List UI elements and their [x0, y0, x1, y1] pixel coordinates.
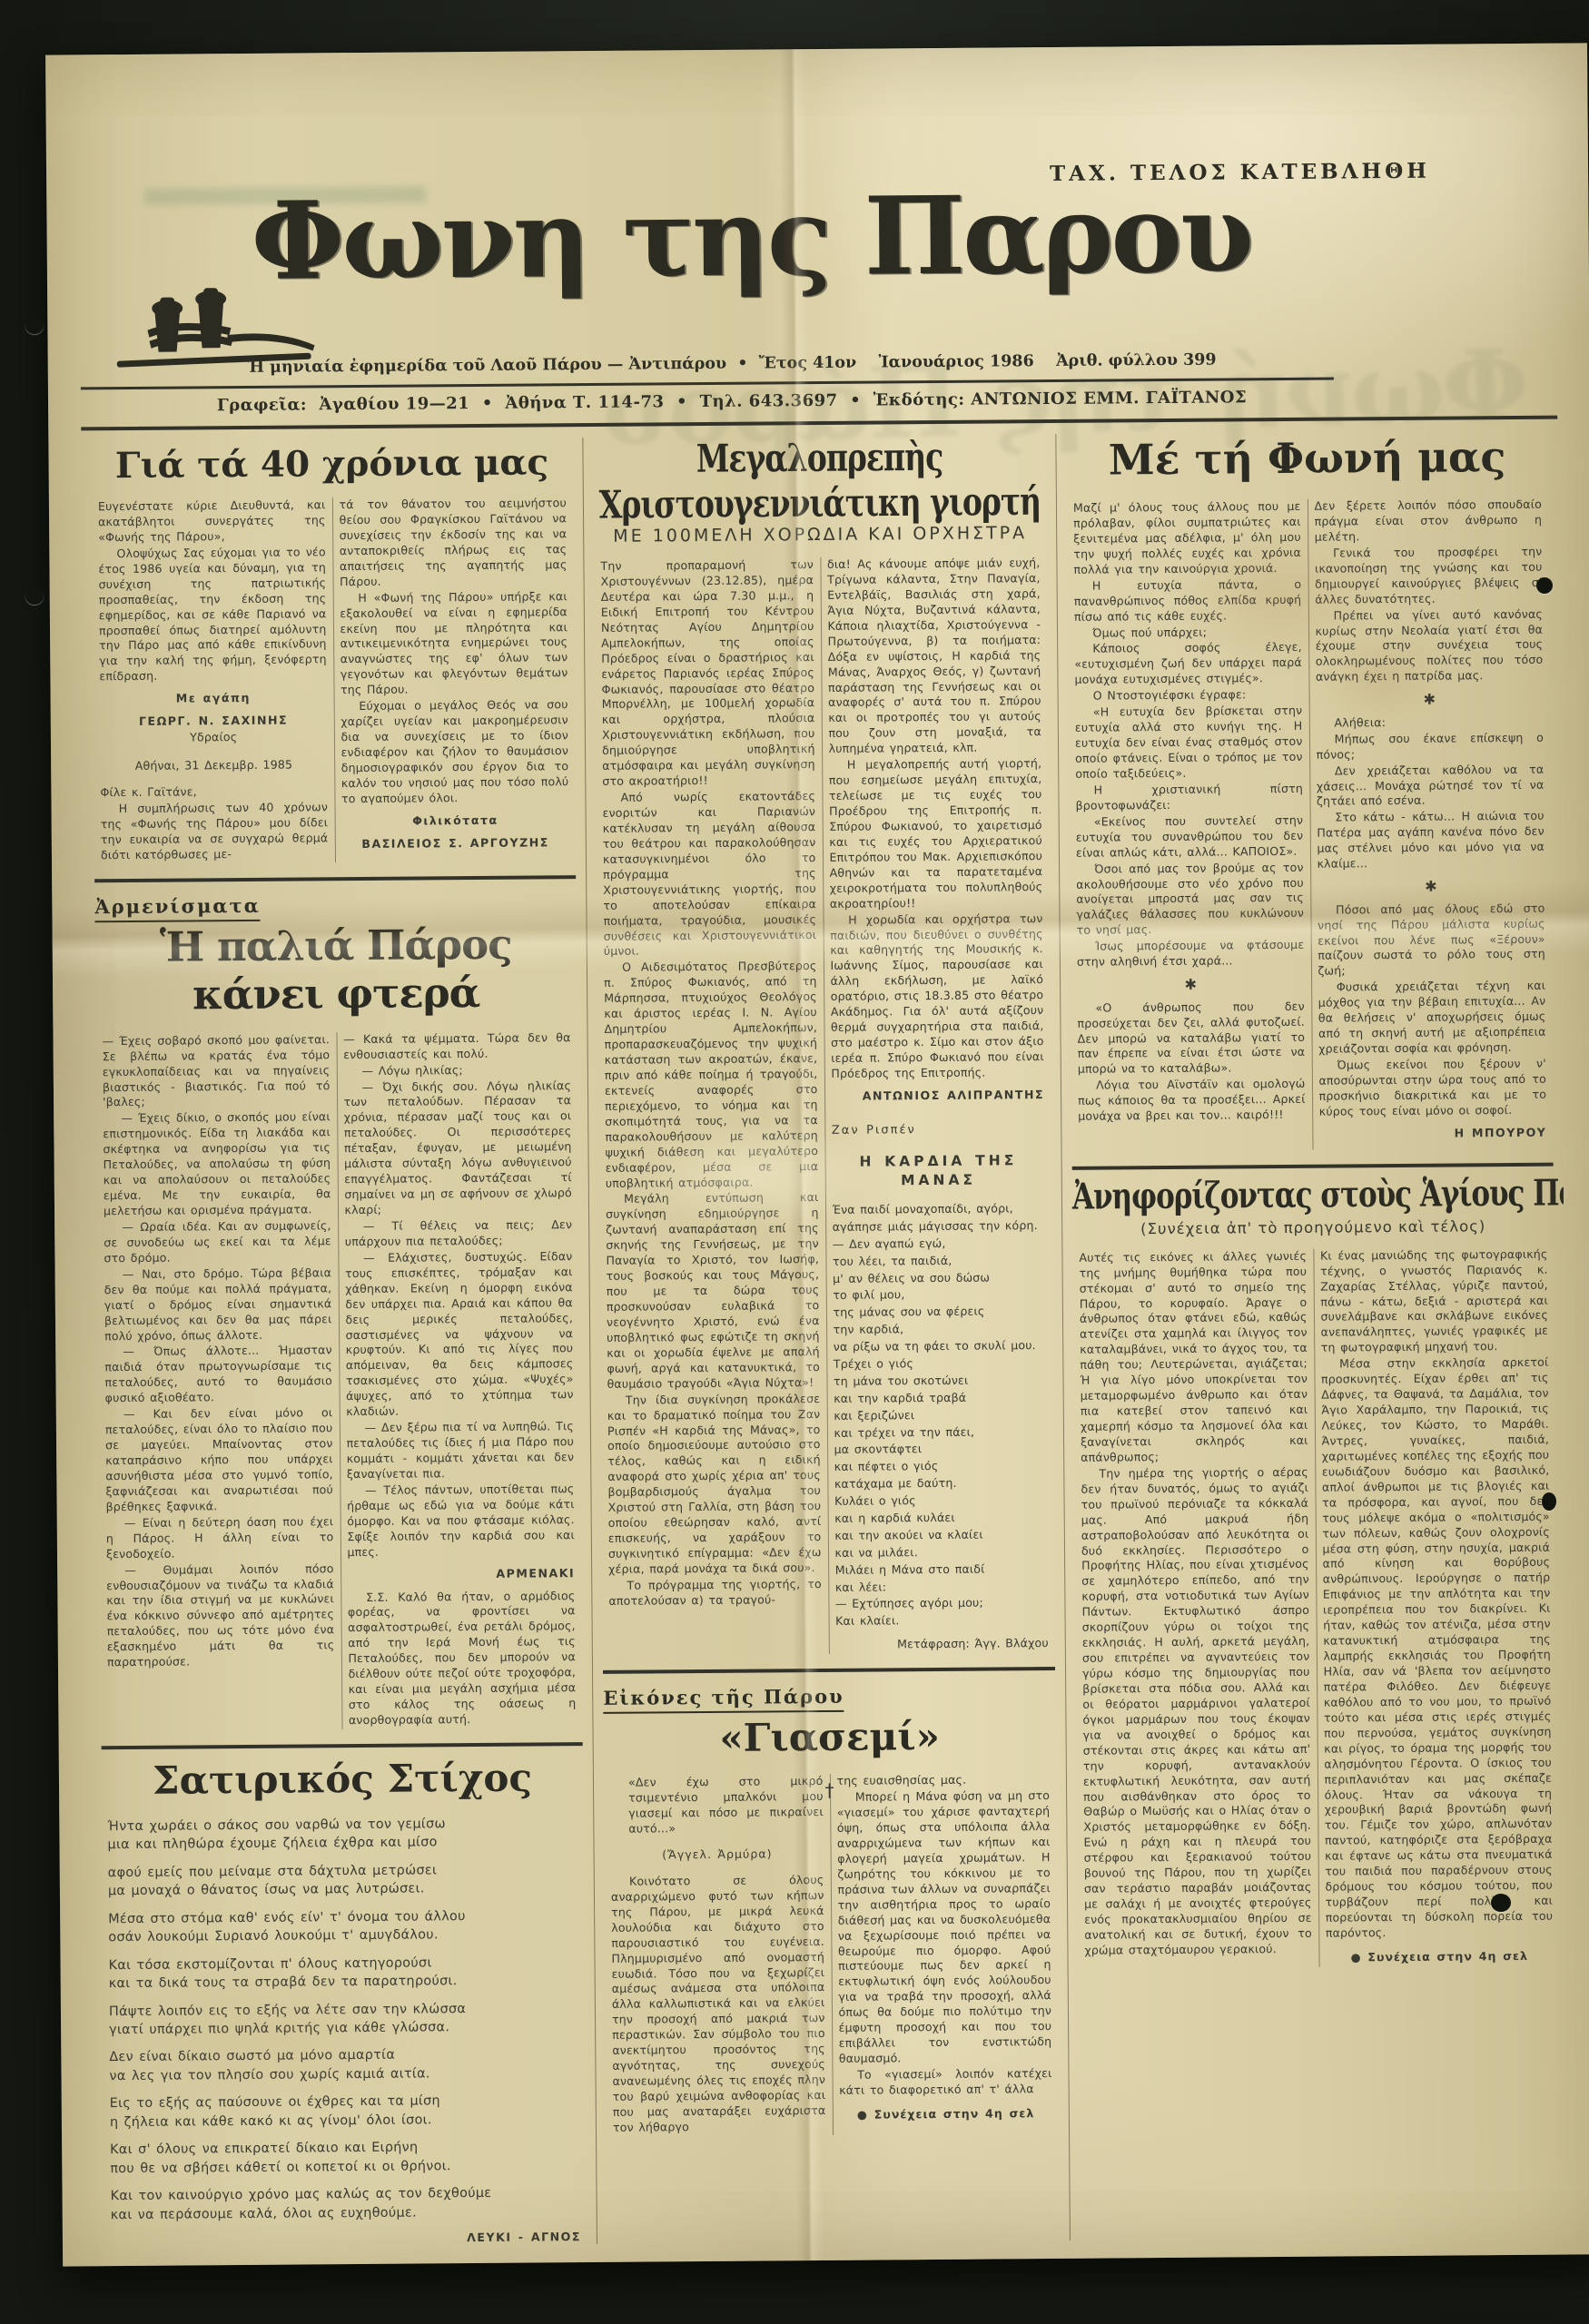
paragraph: Μετάφραση: Άγγ. Βλάχου — [835, 1636, 1049, 1653]
paragraph: της ευαισθησίας μας. — [836, 1772, 1050, 1789]
paragraph: Μέσα στην εκκλησία αρκετοί προσκυνητές. … — [1321, 1355, 1554, 1942]
paragraph: τη μάνα του σκοτώνει — [834, 1372, 1047, 1391]
paragraph: και η καρδιά κυλάει — [834, 1509, 1048, 1528]
paragraph: — Όπως άλλοτε... Ήμασταν παιδιά όταν πρω… — [104, 1344, 332, 1407]
paragraph: τά τον θάνατον του αειμνήστου θείου σου … — [339, 496, 567, 590]
paragraph: Λόγια του Αϊνστάϊν και ομολογώ πως κάποι… — [1078, 1077, 1306, 1125]
paragraph: μ' αν θέλεις να σου δώσω — [833, 1269, 1046, 1288]
paragraph: την καρδιά, — [834, 1320, 1047, 1339]
paragraph: Ήντα χωράει ο σάκος σου ναρθώ να τον γεμ… — [107, 1814, 577, 1855]
paragraph: και λέει: — [835, 1578, 1049, 1597]
paragraph: Η «Φωνή της Πάρου» υπήρξε και εξακολουθε… — [340, 589, 567, 699]
paragraph: Και κλαίει. — [835, 1611, 1049, 1630]
paragraph: και την καρδιά τραβά — [834, 1389, 1047, 1408]
paragraph: «Ο άνθρωπος που δεν προσεύχεται δεν ζει,… — [1077, 999, 1305, 1078]
paragraph: «Δεν έχω στο μικρό τσιμεντένιο μπαλκόνι … — [610, 1774, 824, 1837]
paragraph: ΒΑΣΙΛΕΙΟΣ Σ. ΑΡΓΟΥΖΗΣ — [341, 835, 569, 852]
paragraph: Ένα παιδί μοναχοπαίδι, αγόρι, — [832, 1200, 1045, 1219]
paragraph: «Εκείνος που συντελεί στην ευτυχία του σ… — [1076, 813, 1304, 862]
paragraph: Υδραίος — [100, 729, 328, 746]
subcolumn: δια! Ας κάνουμε απόψε μιάν ευχή, Τρίγωνα… — [821, 556, 1055, 1654]
paragraph: Εύχομαι ο μεγάλος Θεός να σου χαρίζει υγ… — [340, 697, 568, 807]
paragraph: Δεν χρειάζεται καθόλου να τα χάσεις... Μ… — [1317, 762, 1545, 810]
cross-ornament-icon: † — [824, 1779, 834, 1801]
article-body-40-years: Ευγενέστατε κύριε Διευθυντά, και ακατάβλ… — [92, 496, 576, 864]
paragraph: να ρίξω να τη φάει το σκυλί μου. — [834, 1337, 1047, 1356]
subcolumn: της ευαισθησίας μας.Μπορεί η Μάνα φύση ν… — [830, 1772, 1059, 2135]
section-divider — [102, 1742, 583, 1749]
paragraph: Ολοψύχως Σας εύχομαι για το νέο έτος 198… — [98, 545, 327, 684]
newspaper-front-page: Φωνή της Πάρου ΤΑΧ. ΤΕΛΟΣ ΚΑΤΕΒΛΗΘΗ Φωνη… — [45, 43, 1589, 2266]
paragraph: Κι ένας μανιώδης της φωτογραφικής τέχνης… — [1320, 1246, 1548, 1356]
paragraph: Ζαν Ρισπέν — [832, 1121, 1045, 1138]
paragraph: δια! Ας κάνουμε απόψε μιάν ευχή, Τρίγωνα… — [827, 556, 1041, 757]
paper-stain — [1317, 625, 1445, 726]
paragraph: — Κακά τα ψέμματα. Τώρα δεν θα ενθουσιασ… — [343, 1030, 571, 1063]
article-title-satirical-verse: Σατιρικός Στίχος — [102, 1755, 583, 1803]
paragraph: Μπορεί η Μάνα φύση να μη στο «γιασεμί» τ… — [837, 1788, 1052, 2067]
paragraph: — Δεν αγαπώ εγώ, — [833, 1235, 1046, 1254]
paragraph: — Δεν ξέρω πια τί να λυπηθώ. Τις πεταλού… — [346, 1419, 574, 1482]
column-right: Μέ τή Φωνή μας Μαζί μ' όλους τους άλλους… — [1056, 430, 1572, 2240]
paragraph: Στο κάτω - κάτω... Η αιώνια του Πατέρα μ… — [1317, 809, 1545, 872]
paragraph: — Εχτύπησες αγόρι μου; — [835, 1595, 1049, 1614]
subcolumn: Αυτές τις εικόνες κι άλλες γωνιές της μν… — [1072, 1248, 1319, 1968]
paragraph: ΛΕΥΚΙ - ΑΓΝΟΣ — [111, 2230, 581, 2248]
column-middle: Μεγαλοπρεπὴς Χριστουγεννιάτικη γιορτή ΜΕ… — [582, 434, 1071, 2244]
paragraph: Φυσικά χρειάζεται τέχνη και μόχθος για τ… — [1318, 979, 1546, 1058]
paragraph: ● Συνέχεια στην 4η σελ — [839, 2106, 1052, 2123]
paragraph: Κυλάει ο γιός — [834, 1492, 1048, 1511]
paragraph: «Η ευτυχία δεν βρίσκεται στην ευτυχία αλ… — [1075, 704, 1303, 783]
kicker-images-of-paros: Εἰκόνες τῆς Πάρου — [603, 1683, 1055, 1709]
section-divider — [1072, 1162, 1554, 1169]
paragraph: Η ΜΠΟΥΡΟΥ — [1319, 1126, 1547, 1143]
paragraph: Το «γιασεμί» λοιπόν κατέχει κάτι το διαφ… — [839, 2066, 1052, 2099]
article-title-christmas-feast: Μεγαλοπρεπὴς Χριστουγεννιάτικη γιορτή — [593, 443, 1046, 517]
paragraph: Και τον καινούργιο χρόνο μας καλώς ας το… — [110, 2183, 580, 2224]
section-divider — [603, 1667, 1055, 1674]
article-body-jasmine: † «Δεν έχω στο μικρό τσιμεντένιο μπαλκόν… — [604, 1772, 1059, 2137]
paragraph: και την ακούει να κλαίει — [834, 1526, 1048, 1545]
paragraph: — Και δεν είναι μόνο οι πεταλούδες, είνα… — [105, 1405, 333, 1515]
paragraph: Ευγενέστατε κύριε Διευθυντά, και ακατάβλ… — [98, 497, 326, 546]
paragraph: — Τί θέλεις να πεις; Δεν υπάρχουν πια πε… — [345, 1217, 573, 1250]
paragraph: Το πρόγραμμα της γιορτής, το αποτελούσαν… — [608, 1577, 822, 1610]
paragraph: του λέει, τα παιδιά, — [833, 1252, 1046, 1271]
subcolumn: — Κακά τα ψέμματα. Τώρα δεν θα ενθουσιασ… — [337, 1030, 583, 1729]
header-thick-rule — [81, 416, 1557, 431]
paragraph: — Ελάχιστες, δυστυχώς. Είδαν τους επισκέ… — [345, 1249, 574, 1420]
paragraph: Μήπως σου έκανε επίσκεψη ο πόνος; — [1316, 730, 1544, 763]
article-subtitle-continuation: (Συνέχεια ἀπ' τὸ προηγούμενο καὶ τέλος) — [1072, 1216, 1554, 1237]
paragraph: Μιλάει η Μάνα στο παιδί — [835, 1561, 1049, 1580]
paragraph: — Τέλος πάντων, υποτίθεται πως ήρθαμε ως… — [347, 1482, 575, 1561]
article-body-old-paros: — Έχεις σοβαρό σκοπό μου φαίνεται. Σε βλ… — [95, 1030, 582, 1731]
paragraph: — Θυμάμαι λοιπόν πόσο ενθουσιαζόμουν να … — [106, 1561, 334, 1671]
paragraph: ΑΝΤΩΝΙΟΣ ΑΛΙΠΡΑΝΤΗΣ — [831, 1088, 1044, 1105]
paragraph: — Ωραία ιδέα. Και αν συμφωνείς, σε συνοδ… — [104, 1218, 331, 1266]
paragraph: το φιλί μου, — [833, 1285, 1046, 1305]
paragraph: μα σκοντάφτει — [834, 1441, 1048, 1460]
punch-hole — [1542, 1492, 1556, 1511]
paragraph: (Ἄγγελ. Ἀρμύρα) — [611, 1846, 824, 1864]
paragraph: της μάνας σου να φέρεις — [833, 1303, 1046, 1322]
paragraph: Φιλικότατα — [341, 812, 569, 830]
paragraph: — Είναι η δεύτερη όαση που έχει η Πάρος.… — [106, 1514, 334, 1562]
paragraph: και να μιλάει. — [834, 1543, 1048, 1562]
paragraph: Όμως εκείνοι που ξέρουν ν' αποσύρωνται σ… — [1318, 1057, 1546, 1120]
paragraph: Αθήναι, 31 Δεκεμβρ. 1985 — [100, 757, 328, 774]
paragraph: — Λόγω ηλικίας; — [343, 1062, 571, 1079]
article-body-christmas-feast: Την προπαραμονή των Χριστουγέννων (23.12… — [594, 556, 1054, 1656]
paragraph: αφού εμείς που μείναμε στα δάχτυλα μετρώ… — [108, 1860, 578, 1901]
paragraph: Αυτές τις εικόνες κι άλλες γωνιές της μν… — [1079, 1249, 1308, 1466]
paragraph: κατάχαμα με δαύτη. — [834, 1474, 1048, 1493]
paragraph: Τρέχει ο γιός — [834, 1354, 1047, 1374]
paragraph: Φίλε κ. Γαϊτάνε, — [100, 783, 328, 801]
subcolumn: — Έχεις σοβαρό σκοπό μου φαίνεται. Σε βλ… — [95, 1032, 342, 1731]
paragraph: Μέσα στο στόμα καθ' ενός είν' τ' όνομα τ… — [108, 1906, 578, 1947]
paragraph: — Όχι δικής σου. Λόγω ηλικίας των πεταλο… — [343, 1078, 572, 1218]
section-divider — [94, 875, 576, 882]
paragraph: και τρέχει να την πάει, — [834, 1423, 1047, 1443]
masthead-offices-line: Γραφεῖα: Ἀγαθίου 19—21 • Ἀθήνα Τ. 114-73… — [128, 388, 1336, 416]
punch-hole — [25, 588, 44, 605]
paragraph: Και σ' όλους να επικρατεί δίκαιο και Ειρ… — [110, 2137, 580, 2178]
paragraph: ● Συνέχεια στην 4η σελ — [1326, 1949, 1554, 1966]
paragraph: ✱ — [1077, 974, 1305, 995]
paragraph: Η συμπλήρωσις των 40 χρόνων της «Φωνής τ… — [100, 800, 328, 863]
punch-hole — [1536, 577, 1553, 594]
subcolumn: τά τον θάνατον του αειμνήστου θείου σου … — [332, 496, 576, 862]
paragraph: — Έχεις σοβαρό σκοπό μου φαίνεται. Σε βλ… — [102, 1032, 330, 1111]
punch-hole — [25, 318, 44, 334]
article-title-with-our-voice: Μέ τή Φωνή μας — [1066, 432, 1547, 485]
paragraph: Σ.Σ. Καλό θα ήταν, ο αρμόδιος φορέας, να… — [348, 1589, 577, 1728]
subcolumn: Κι ένας μανιώδης της φωτογραφικής τέχνης… — [1314, 1246, 1560, 1966]
paragraph: — Έχεις δίκιο, ο σκοπός μου είναι επιστη… — [103, 1110, 331, 1220]
paragraph: και ξεριζώνει — [834, 1406, 1047, 1425]
paragraph: — Ναι, στο δρόμο. Τώρα βέβαια δεν θα πού… — [104, 1265, 332, 1344]
paragraph: Η μεγαλοπρεπής αυτή γιορτή, που εσημείωσ… — [829, 756, 1043, 911]
paragraph: ΓΕΩΡΓ. Ν. ΣΑΧΙΝΗΣ — [100, 713, 328, 730]
article-title-40-years: Γιά τά 40 χρόνια μας — [91, 441, 572, 487]
masthead-title: Φωνη της Παρου — [251, 181, 1146, 295]
paragraph: Ο Ντοστογιέφσκι έγραφε: — [1075, 687, 1303, 704]
paragraph: ΑΡΜΕΝΑΚΙ — [348, 1566, 576, 1583]
article-body-agioi-pantes: Αυτές τις εικόνες κι άλλες γωνιές της μν… — [1072, 1246, 1559, 1968]
paragraph: Η χριστιανική πίστη βροντοφωνάζει: — [1075, 782, 1303, 814]
article-title-agioi-pantes: Ἀνηφορίζοντας στοὺς Ἁγίους Πάντες — [1072, 1177, 1554, 1213]
subcolumn: Ευγενέστατε κύριε Διευθυντά, και ακατάβλ… — [92, 497, 336, 864]
newspaper-scan-page: { "icons": { "cross": "†", "star": "✱", … — [0, 0, 1589, 2324]
paragraph: και πέφτει ο γιός — [834, 1457, 1048, 1476]
paragraph: Την ημέρα της γιορτής ο αέρας δεν ήταν δ… — [1081, 1465, 1312, 1959]
paragraph: Με αγάπη — [100, 691, 328, 708]
article-title-jasmine: «Γιασεμί» — [603, 1713, 1055, 1761]
paragraph: αγάπησε μιάς μάγισσας την κόρη. — [833, 1217, 1046, 1236]
punch-hole — [1491, 1894, 1511, 1912]
